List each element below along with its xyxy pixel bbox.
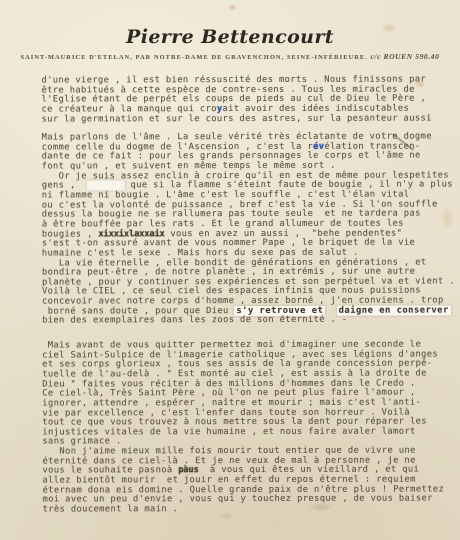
text-segment: gens , (42, 181, 87, 191)
letterhead-name: Pierre Bettencourt (0, 26, 460, 48)
letter-page: Pierre Bettencourt SAINT-MAURICE D'ETELA… (0, 0, 460, 540)
correction-strip: daigne en conserver (337, 305, 451, 315)
paragraph: Or je suis assez enclin à croire qu'il e… (42, 171, 446, 259)
letterhead: Pierre Bettencourt SAINT-MAURICE D'ETELA… (0, 0, 460, 61)
letter-body: d'une vierge , il est bien réssuscité de… (41, 75, 446, 515)
letterhead-address: SAINT-MAURICE D'ETELAN, PAR NOTRE-DAME D… (0, 52, 460, 61)
letterhead-account: c/c ROUEN 590.40 (370, 52, 439, 61)
paragraph: Mais avant de vous quitter permettez moi… (42, 340, 446, 447)
paragraph: Mais parlons de l'âme . La seule vérité … (42, 133, 446, 173)
text-segment: ait avoir des idées indiscutables (222, 103, 409, 113)
text-line: bien des exemplaires dans les zoos de so… (42, 316, 446, 327)
paragraph: d'une vierge , il est bien réssuscité de… (41, 75, 445, 124)
paragraph: Non j'aime mieux mille fois mourir tout … (42, 447, 446, 516)
correction-strip (87, 181, 125, 191)
text-line: sur la germination et sur le cours des a… (42, 114, 446, 125)
text-segment: ce créateur à la manque qui cro (41, 104, 216, 114)
paragraph: La vie éternelle , elle bondit de généra… (42, 258, 446, 327)
overstruck-word: pàus (178, 465, 198, 475)
text-line: très doucement la main . (43, 504, 447, 515)
letterhead-address-text: SAINT-MAURICE D'ETELAN, PAR NOTRE-DAME D… (21, 54, 368, 61)
